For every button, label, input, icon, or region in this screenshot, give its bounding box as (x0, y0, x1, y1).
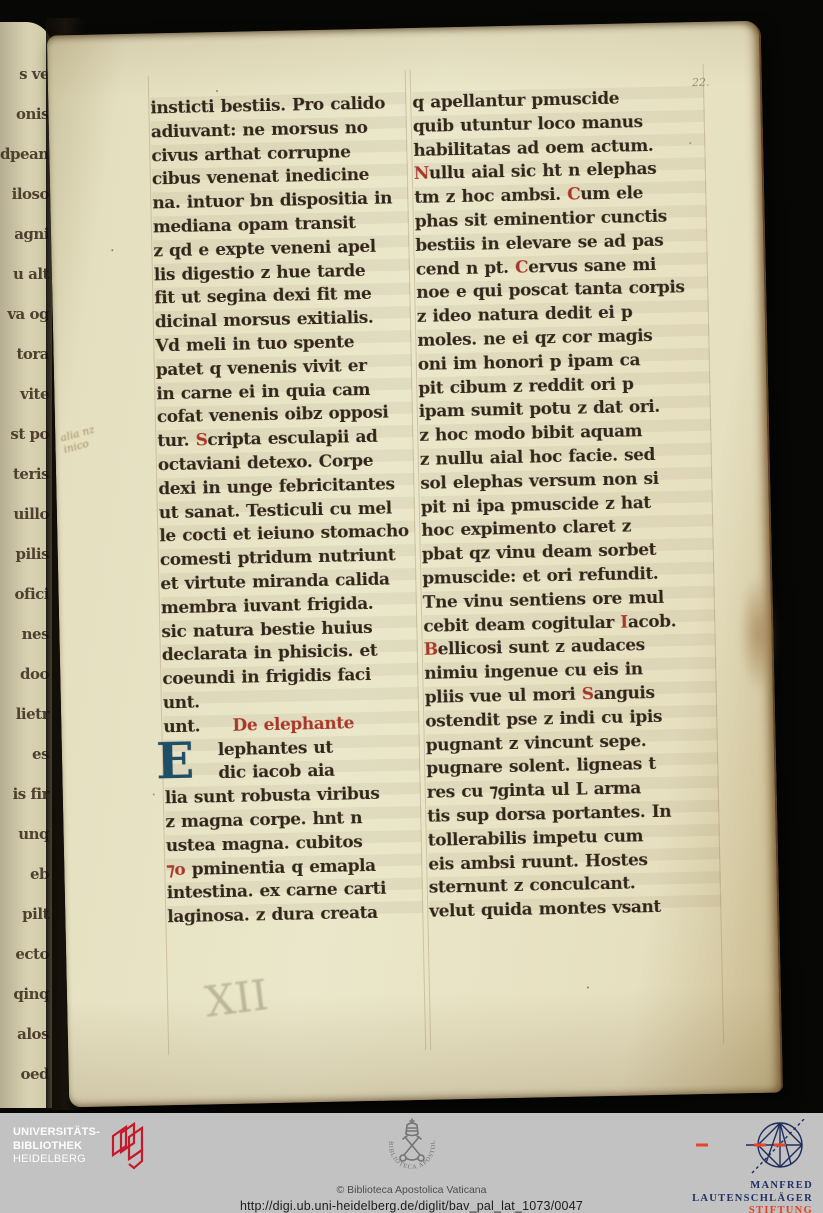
ub-logo-line1: UNIVERSITÄTS- (13, 1126, 100, 1140)
image-url: http://digi.ub.uni-heidelberg.de/diglit/… (202, 1199, 622, 1213)
text-fragment: pilis (0, 534, 49, 574)
text-fragment: unq (0, 814, 49, 854)
text-fragment: st po (0, 414, 49, 454)
text-fragment: ecto (0, 934, 49, 974)
text-fragment: u alt (0, 254, 49, 294)
vatican-seal-icon: BIBLIOTECA APOSTOLICA VATICANA (383, 1117, 441, 1177)
manuscript-text-line: velut quida montes vsant (429, 895, 721, 925)
text-fragment: s ve (0, 54, 49, 94)
ml-logo-line2: LAUTENSCHLÄGER (643, 1193, 813, 1206)
text-fragment: va og (0, 294, 49, 334)
ub-logo-line2: BIBLIOTHEK (13, 1140, 100, 1154)
vatican-attribution: BIBLIOTECA APOSTOLICA VATICANA © Bibliot… (202, 1117, 622, 1213)
text-fragment: iloso (0, 174, 49, 214)
text-fragment: qinq (0, 974, 49, 1014)
footer-bar: UNIVERSITÄTS- BIBLIOTHEK HEIDELBERG (0, 1113, 823, 1213)
text-fragment: pilt (0, 894, 49, 934)
text-fragment: es (0, 734, 49, 774)
text-fragment: dpeano (0, 134, 49, 174)
column-lines: insticti bestiis. Pro calidoadiuvant: ne… (150, 92, 419, 716)
text-column-left: insticti bestiis. Pro calidoadiuvant: ne… (150, 92, 423, 930)
text-fragment: oed (0, 1054, 49, 1094)
facing-page-edge: s veonisdpeanoilosoagniu altva ogtoravit… (0, 22, 52, 1108)
text-fragment: lietr (0, 694, 49, 734)
stain (738, 572, 779, 695)
text-column-right: q apellantur pmuscidequib utuntur loco m… (412, 86, 721, 925)
text-fragment: onis (0, 94, 49, 134)
copyright-text: © Biblioteca Apostolica Vaticana (202, 1184, 622, 1196)
text-fragment: nes (0, 614, 49, 654)
manuscript-page: 22. alia nz inico insticti bestiis. Pro … (47, 21, 783, 1108)
text-fragment: alos (0, 1014, 49, 1054)
ml-stiftung-logo: MANFRED LAUTENSCHLÄGER STIFTUNG (643, 1119, 813, 1213)
text-fragment: doo (0, 654, 49, 694)
text-fragment: uillo (0, 494, 49, 534)
manuscript-text-line: laginosa. z dura creata (167, 901, 423, 930)
open-book-icon (106, 1120, 152, 1174)
ub-logo-line3: HEIDELBERG (13, 1153, 100, 1167)
ml-logo-line3: STIFTUNG (643, 1205, 813, 1213)
text-fragment: agni (0, 214, 49, 254)
quire-mark: XII (202, 970, 271, 1027)
text-fragment: tora (0, 334, 49, 374)
decorated-initial: E (156, 736, 213, 787)
text-fragment: is fir (0, 774, 49, 814)
text-fragment: teris (0, 454, 49, 494)
text-fragment: vite (0, 374, 49, 414)
scan-background: s veonisdpeanoilosoagniu altva ogtoravit… (0, 0, 823, 1213)
marginal-note: alia nz inico (59, 418, 121, 456)
globe-icon (688, 1119, 813, 1175)
ml-logo-line1: MANFRED (643, 1180, 813, 1193)
ink-specks (47, 36, 49, 38)
text-fragment: ofici (0, 574, 49, 614)
facing-page-text-fragments: s veonisdpeanoilosoagniu altva ogtoravit… (0, 54, 49, 1094)
column-lines: q apellantur pmuscidequib utuntur loco m… (412, 86, 721, 925)
rubric-title: De elephante (232, 713, 354, 736)
ub-heidelberg-logo: UNIVERSITÄTS- BIBLIOTHEK HEIDELBERG (13, 1126, 152, 1174)
text-fragment: eb (0, 854, 49, 894)
